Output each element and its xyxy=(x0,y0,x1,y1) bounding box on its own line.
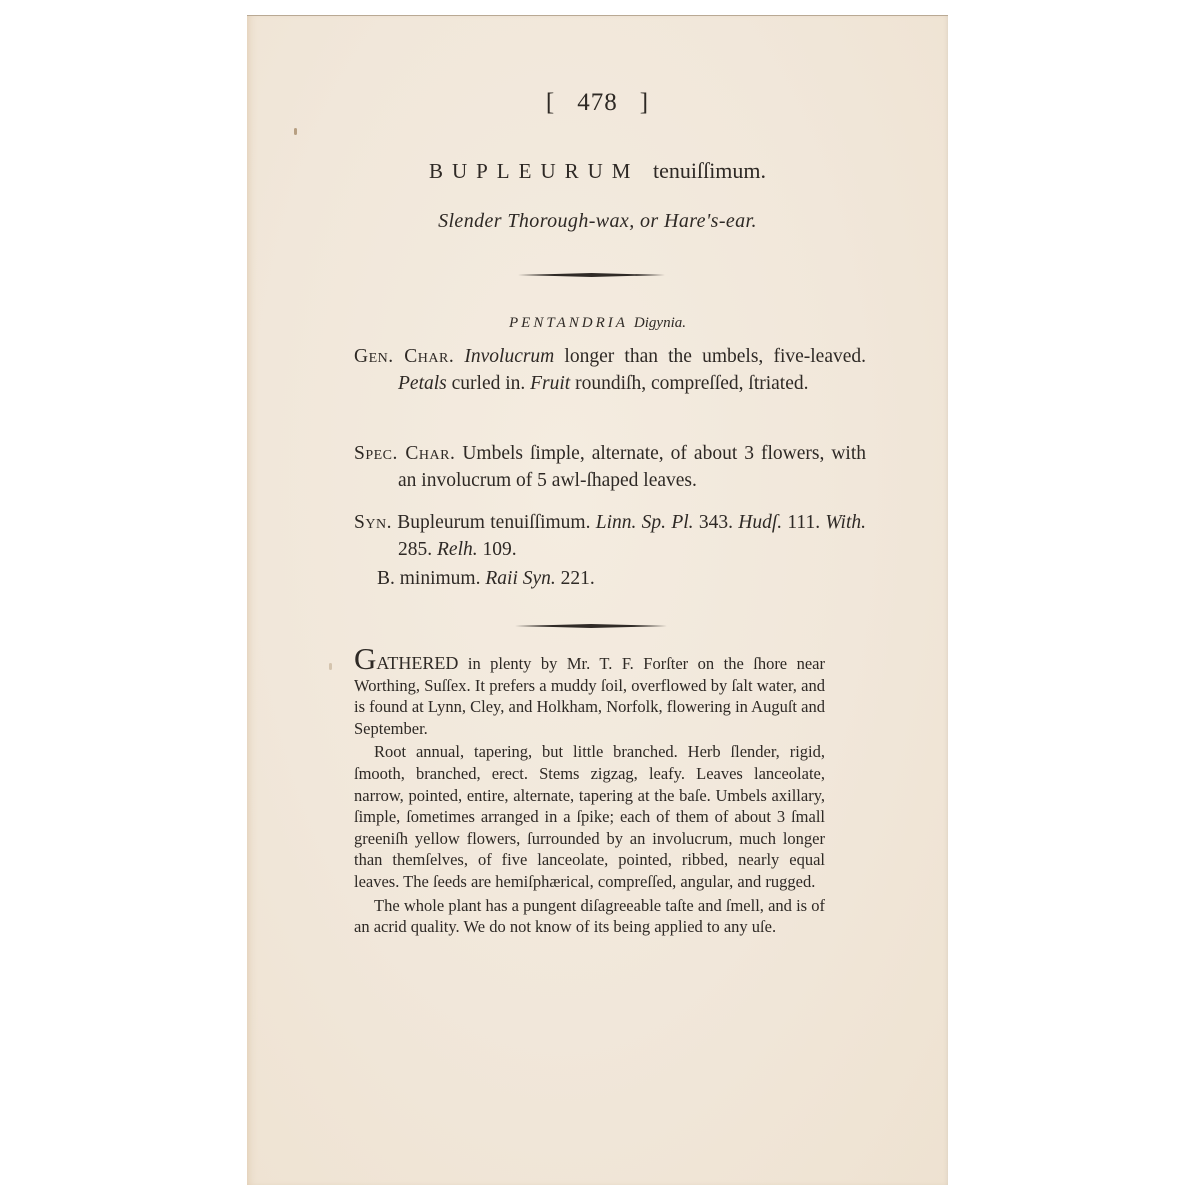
spec-char-text: Umbels ſimple, alternate, of about 3 flo… xyxy=(398,443,866,491)
b-minimum-ref-author: Raii Syn. xyxy=(485,568,555,589)
book-page: [478] BUPLEURUM tenuiſſimum. Slender Tho… xyxy=(247,15,948,1185)
syn-name: Bupleurum tenuiſſimum. xyxy=(392,512,596,533)
description-body: GATHERED in plenty by Mr. T. F. Forſter … xyxy=(354,649,825,940)
gen-char-term: Petals xyxy=(398,373,447,394)
page-number: [478] xyxy=(247,89,948,117)
lead-caps: ATHERED xyxy=(376,653,458,673)
paragraph-description: Root annual, tapering, but little branch… xyxy=(354,741,825,892)
open-bracket: [ xyxy=(546,89,555,116)
gen-char-label: Gen. Char. xyxy=(354,346,454,367)
syn-label: Syn. xyxy=(354,512,392,533)
synonymy: Syn. Bupleurum tenuiſſimum. Linn. Sp. Pl… xyxy=(354,509,866,563)
syn-ref-author: With. xyxy=(825,512,866,533)
page-number-value: 478 xyxy=(577,89,618,116)
paper-foxing-spot xyxy=(329,663,332,670)
b-minimum-name: B. minimum. xyxy=(377,568,485,589)
plant-title: BUPLEURUM tenuiſſimum. xyxy=(247,158,948,184)
close-bracket: ] xyxy=(640,89,649,116)
specific-character: Spec. Char. Umbels ſimple, alternate, of… xyxy=(354,440,866,494)
order-name: Digynia. xyxy=(634,315,686,331)
b-minimum-ref-page: 221. xyxy=(556,568,595,589)
linnaean-classification: PENTANDRIADigynia. xyxy=(247,315,948,332)
swelled-rule-divider xyxy=(518,273,665,277)
syn-ref-author: Relh. xyxy=(437,539,478,560)
gen-char-text: roundiſh, compreſſed, ſtriated. xyxy=(570,373,808,394)
drop-cap: G xyxy=(354,641,376,676)
paragraph-habitat: GATHERED in plenty by Mr. T. F. Forſter … xyxy=(354,649,825,739)
gen-char-text: longer than the umbels, five-leaved. xyxy=(554,346,866,367)
gen-char-text: curled in. xyxy=(447,373,530,394)
gen-char-term: Fruit xyxy=(530,373,570,394)
syn-ref-page: 111. xyxy=(782,512,825,533)
generic-character: Gen. Char. Involucrum longer than the um… xyxy=(354,343,866,397)
swelled-rule-divider xyxy=(515,624,667,628)
gen-char-term: Involucrum xyxy=(464,346,554,367)
paragraph-properties: The whole plant has a pungent diſagreeab… xyxy=(354,895,825,938)
class-name: PENTANDRIA xyxy=(509,315,628,331)
syn-ref-author: Hudſ. xyxy=(738,512,782,533)
syn-ref-page: 285. xyxy=(398,539,437,560)
species-name: tenuiſſimum. xyxy=(653,158,766,183)
syn-ref-page: 343. xyxy=(694,512,739,533)
syn-ref-author: Linn. Sp. Pl. xyxy=(596,512,694,533)
genus-name: BUPLEURUM xyxy=(429,159,640,183)
spec-char-label: Spec. Char. xyxy=(354,443,455,464)
synonym-b-minimum: B. minimum. Raii Syn. 221. xyxy=(377,568,595,590)
common-name: Slender Thorough-wax, or Hare's-ear. xyxy=(247,210,948,233)
paper-foxing-spot xyxy=(294,128,297,135)
syn-ref-page: 109. xyxy=(478,539,517,560)
